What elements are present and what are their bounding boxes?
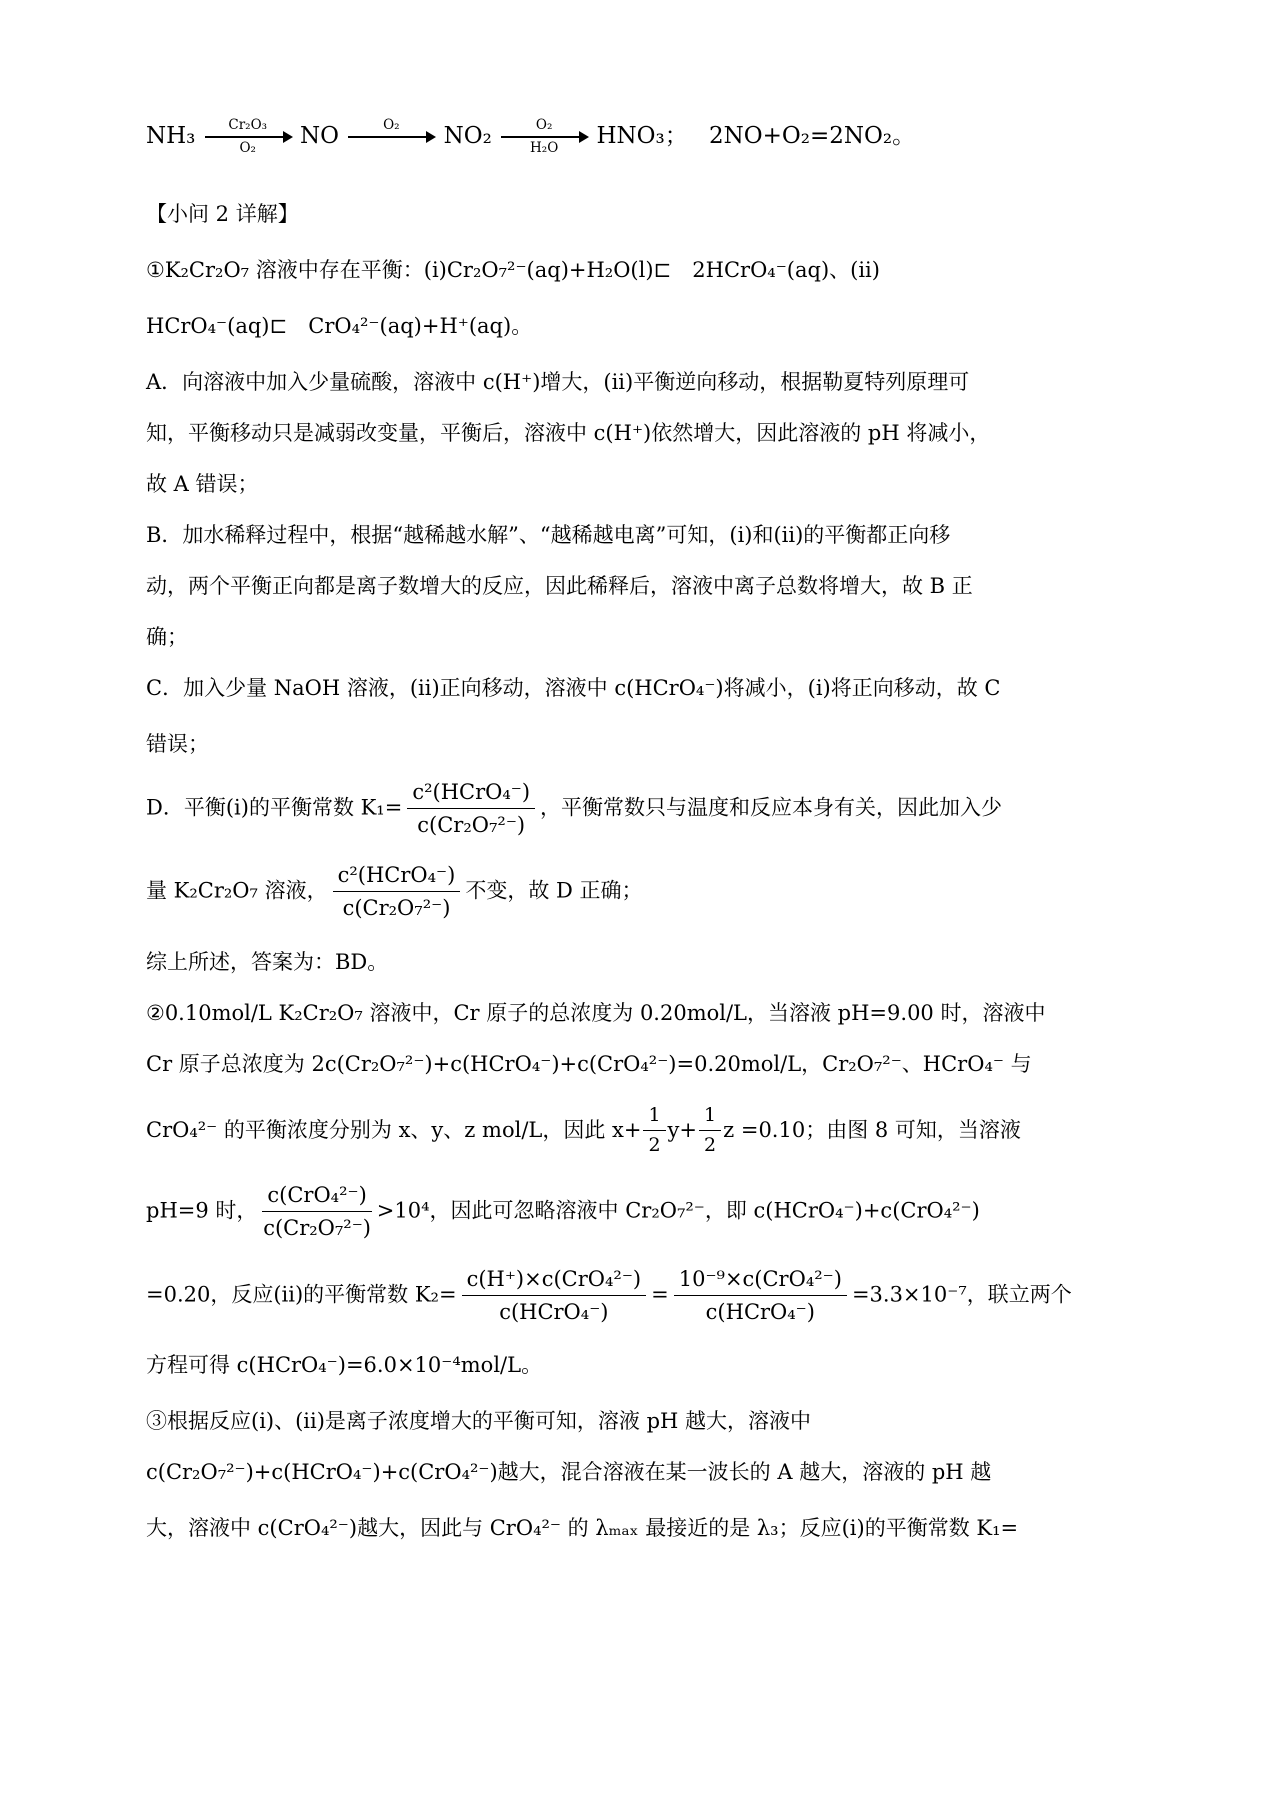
- option-d2-post: 不变，故 D 正确；: [465, 878, 642, 902]
- paragraph-equilibrium-1: ①K₂Cr₂O₇ 溶液中存在平衡：(i)Cr₂O₇²⁻(aq)+H₂O(l)⊏ …: [146, 254, 980, 286]
- paragraph-q2-1: ②0.10mol/L K₂Cr₂O₇ 溶液中，Cr 原子的总浓度为 0.20mo…: [146, 997, 980, 1029]
- paragraph-q3-2: c(Cr₂O₇²⁻)+c(HCrO₄⁻)+c(CrO₄²⁻)越大，混合溶液在某一…: [146, 1456, 980, 1488]
- fraction-denominator: c(Cr₂O₇²⁻): [343, 892, 451, 921]
- paragraph-option-b-2: 动，两个平衡正向都是离子数增大的反应，因此稀释后，溶液中离子总数将增大，故 B …: [146, 570, 980, 602]
- q2-3-pre: CrO₄²⁻ 的平衡浓度分别为 x、y、z mol/L，因此 x+: [146, 1117, 641, 1141]
- paragraph-q3-3: 大，溶液中 c(CrO₄²⁻)越大，因此与 CrO₄²⁻ 的 λₘₐₓ 最接近的…: [146, 1512, 980, 1544]
- section-heading: 【小问 2 详解】: [146, 198, 980, 230]
- fraction-one-half: 12: [643, 1104, 665, 1159]
- arrow-icon: [501, 136, 587, 138]
- q2-3-post: z =0.10；由图 8 可知，当溶液: [723, 1117, 1021, 1141]
- fraction-denominator: c(Cr₂O₇²⁻): [263, 1212, 371, 1241]
- option-d-post: ，平衡常数只与温度和反应本身有关，因此加入少: [540, 795, 1002, 819]
- paragraph-option-a-2: 知，平衡移动只是减弱改变量，平衡后，溶液中 c(H⁺)依然增大，因此溶液的 pH…: [146, 417, 980, 449]
- fraction-denominator: c(Cr₂O₇²⁻): [417, 809, 525, 838]
- fraction-denominator: c(HCrO₄⁻): [499, 1296, 608, 1325]
- paragraph-option-b-3: 确；: [146, 621, 980, 653]
- fraction-k1: c²(HCrO₄⁻)c(Cr₂O₇²⁻): [407, 779, 535, 839]
- reagent-label: O₂: [235, 141, 259, 156]
- catalyst-label: Cr₂O₃: [224, 118, 271, 133]
- q2-3-mid: y+: [668, 1117, 697, 1141]
- paragraph-option-a-1: A．向溶液中加入少量硫酸，溶液中 c(H⁺)增大，(ii)平衡逆向移动，根据勒夏…: [146, 366, 980, 398]
- paragraph-option-d-1: D．平衡(i)的平衡常数 K₁=c²(HCrO₄⁻)c(Cr₂O₇²⁻)，平衡常…: [146, 779, 980, 839]
- paragraph-q2-2: Cr 原子总浓度为 2c(Cr₂O₇²⁻)+c(HCrO₄⁻)+c(CrO₄²⁻…: [146, 1048, 980, 1080]
- reagent-label: H₂O: [526, 141, 562, 156]
- fraction-numerator: c²(HCrO₄⁻): [333, 862, 461, 892]
- side-equation: 2NO+O₂=2NO₂。: [709, 123, 915, 149]
- fraction-k1-repeat: c²(HCrO₄⁻)c(Cr₂O₇²⁻): [333, 862, 461, 922]
- paragraph-q2-5: =0.20，反应(ii)的平衡常数 K₂=c(H⁺)×c(CrO₄²⁻)c(HC…: [146, 1266, 980, 1326]
- species-no2: NO₂: [444, 123, 492, 149]
- paragraph-option-c-2: 错误；: [146, 728, 980, 760]
- reaction-arrow-2: O₂: [348, 118, 434, 156]
- paragraph-q2-6: 方程可得 c(HCrO₄⁻)=6.0×10⁻⁴mol/L。: [146, 1349, 980, 1381]
- document-page: NH₃ Cr₂O₃ O₂ NO O₂ NO₂ O₂ H₂O HNO₃； 2NO+…: [0, 0, 980, 1544]
- reagent-label: O₂: [532, 118, 556, 133]
- equals-sign: =: [651, 1282, 669, 1306]
- option-d2-pre: 量 K₂Cr₂O₇ 溶液，: [146, 878, 328, 902]
- species-no: NO: [300, 123, 339, 149]
- species-nh3: NH₃: [146, 123, 195, 149]
- fraction-k2-symbolic: c(H⁺)×c(CrO₄²⁻)c(HCrO₄⁻): [462, 1266, 647, 1326]
- paragraph-equilibrium-2: HCrO₄⁻(aq)⊏ CrO₄²⁻(aq)+H⁺(aq)。: [146, 310, 980, 342]
- fraction-numerator: c(CrO₄²⁻): [262, 1182, 371, 1212]
- reaction-chain-line: NH₃ Cr₂O₃ O₂ NO O₂ NO₂ O₂ H₂O HNO₃； 2NO+…: [146, 118, 980, 156]
- paragraph-option-b-1: B．加水稀释过程中，根据“越稀越水解”、“越稀越电离”可知，(i)和(ii)的平…: [146, 519, 980, 551]
- arrow-icon: [205, 136, 291, 138]
- q2-4-post: >10⁴，因此可忽略溶液中 Cr₂O₇²⁻，即 c(HCrO₄⁻)+c(CrO₄…: [377, 1198, 980, 1222]
- fraction-numerator: c²(HCrO₄⁻): [407, 779, 535, 809]
- fraction-denominator: 2: [648, 1131, 660, 1158]
- q2-5-pre: =0.20，反应(ii)的平衡常数 K₂=: [146, 1282, 457, 1306]
- paragraph-option-d-2: 量 K₂Cr₂O₇ 溶液，c²(HCrO₄⁻)c(Cr₂O₇²⁻)不变，故 D …: [146, 862, 980, 922]
- paragraph-q3-1: ③根据反应(i)、(ii)是离子浓度增大的平衡可知，溶液 pH 越大，溶液中: [146, 1405, 980, 1437]
- fraction-denominator: 2: [704, 1131, 716, 1158]
- paragraph-q2-4: pH=9 时，c(CrO₄²⁻)c(Cr₂O₇²⁻)>10⁴，因此可忽略溶液中 …: [146, 1182, 980, 1242]
- reagent-label: O₂: [379, 118, 403, 133]
- q2-4-pre: pH=9 时，: [146, 1198, 257, 1222]
- arrow-icon: [348, 136, 434, 138]
- species-hno3: HNO₃: [596, 123, 664, 149]
- reaction-arrow-1: Cr₂O₃ O₂: [205, 118, 291, 156]
- fraction-denominator: c(HCrO₄⁻): [706, 1296, 815, 1325]
- option-d-pre: D．平衡(i)的平衡常数 K₁=: [146, 795, 402, 819]
- fraction-numerator: 1: [643, 1104, 665, 1132]
- option-c-text: C．加入少量 NaOH 溶液，(ii)正向移动，溶液中 c(HCrO₄⁻)将减小…: [146, 676, 1000, 700]
- fraction-numerator: 10⁻⁹×c(CrO₄²⁻): [674, 1266, 847, 1296]
- reagent-label: [387, 141, 395, 156]
- paragraph-q2-3: CrO₄²⁻ 的平衡浓度分别为 x、y、z mol/L，因此 x+12y+12z…: [146, 1104, 980, 1159]
- fraction-one-half: 12: [699, 1104, 721, 1159]
- paragraph-option-c-1: C．加入少量 NaOH 溶液，(ii)正向移动，溶液中 c(HCrO₄⁻)将减小…: [146, 672, 980, 704]
- fraction-numerator: c(H⁺)×c(CrO₄²⁻): [462, 1266, 647, 1296]
- fraction-k2-numeric: 10⁻⁹×c(CrO₄²⁻)c(HCrO₄⁻): [674, 1266, 847, 1326]
- fraction-ratio: c(CrO₄²⁻)c(Cr₂O₇²⁻): [262, 1182, 371, 1242]
- paragraph-summary: 综上所述，答案为：BD。: [146, 946, 980, 978]
- q2-5-post: =3.3×10⁻⁷，联立两个: [852, 1282, 1072, 1306]
- punctuation: ；: [665, 123, 688, 149]
- paragraph-option-a-3: 故 A 错误；: [146, 468, 980, 500]
- fraction-numerator: 1: [699, 1104, 721, 1132]
- reaction-arrow-3: O₂ H₂O: [501, 118, 587, 156]
